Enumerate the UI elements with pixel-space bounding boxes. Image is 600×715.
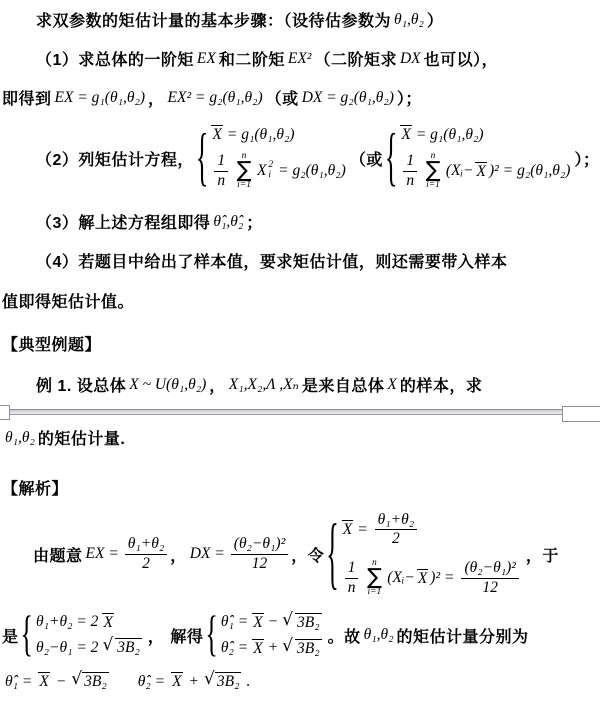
xbar-overline: X bbox=[252, 639, 263, 657]
supsub-2-i: 2i bbox=[266, 161, 275, 181]
example-label: 例 1. 设总体 bbox=[36, 373, 126, 396]
page-break-right-handle bbox=[562, 406, 600, 422]
page-break-left-handle bbox=[0, 405, 10, 420]
equation-central-moment: 1 n n ∑ i=1 (Xᵢ− X )² = g₂(θ₁,θ₂) bbox=[398, 152, 572, 191]
numerator: (θ₂−θ₁)² bbox=[461, 559, 518, 579]
analysis2-comma: ， bbox=[148, 624, 165, 647]
step2-label: （2）列矩估计方程， bbox=[36, 147, 194, 170]
analysis-line-1: 由题意 EX = θ₁+θ₂ 2 ， DX = (θ₂−θ₁)² 12 ，令 {… bbox=[33, 506, 559, 602]
denominator: 2 bbox=[139, 555, 153, 574]
denominator: n bbox=[214, 172, 228, 191]
denominator: 2 bbox=[389, 530, 403, 549]
math-theta-hats: θ̂₁,θ̂₂ bbox=[213, 213, 243, 231]
fraction-1-over-n: 1 n bbox=[212, 152, 230, 190]
radical-icon: √ bbox=[102, 637, 113, 654]
math-EX: EX bbox=[197, 50, 216, 68]
fraction-variance: (θ₂−θ₁)² 12 bbox=[231, 535, 288, 573]
page-break-line[interactable] bbox=[0, 409, 600, 415]
analysis-lead: 由题意 bbox=[33, 543, 83, 566]
math-sample-list: X₁,X₂,Λ ,Xₙ bbox=[229, 375, 299, 394]
eq-g1: = g₁(θ₁,θ₂) bbox=[227, 126, 295, 144]
summation: n ∑ i=1 bbox=[235, 152, 253, 191]
theta1-hat-lhs: θ̂₁ = bbox=[221, 613, 248, 631]
steps-title-line: 求双参数的矩估计量的基本步骤：（设待估参数为 θ₁,θ₂ ） bbox=[36, 8, 443, 31]
step-3-line: （3）解上述方程组即得 θ̂₁,θ̂₂ ； bbox=[36, 210, 263, 233]
radicand: 3B₂ bbox=[295, 613, 322, 632]
step-2-line: （2）列矩估计方程， { X = g₁(θ₁,θ₂) 1 n n ∑ i=1 bbox=[36, 114, 599, 202]
step3-end: ； bbox=[246, 210, 263, 233]
open-paren-Xi-minus: (Xᵢ− bbox=[446, 162, 474, 180]
step-1-continuation-line: 即得到 EX = g₁(θ₁,θ₂) ， EX² = g₂(θ₁,θ₂) （或 … bbox=[2, 86, 422, 109]
left-brace: { bbox=[385, 126, 397, 191]
heading-text: 【解析】 bbox=[2, 476, 68, 499]
denominator: 12 bbox=[249, 555, 271, 574]
step2-close: ）； bbox=[574, 147, 599, 170]
radicand: 3B₂ bbox=[115, 638, 142, 657]
final-result-line: θ̂₁ = X − √ 3B₂ θ̂₂ = X + √ 3B₂ . bbox=[2, 672, 253, 691]
xbar-overline: X bbox=[400, 125, 411, 143]
step1-text-b: 和二阶矩 bbox=[219, 47, 285, 70]
eq-g2: = g₂(θ₁,θ₂) bbox=[503, 162, 571, 180]
fraction-variance: (θ₂−θ₁)² 12 bbox=[459, 559, 520, 597]
analysis2-end: 。故 bbox=[328, 624, 361, 647]
theta2-hat-lhs: θ̂₂ = bbox=[138, 673, 165, 691]
document-page: 求双参数的矩估计量的基本步骤：（设待估参数为 θ₁,θ₂ ） （1）求总体的一阶… bbox=[0, 0, 600, 715]
equation-theta-diff: θ₂−θ₁ = 2 √ 3B₂ bbox=[34, 638, 146, 657]
step1b-or-paren: （或 bbox=[266, 86, 299, 109]
numerator: 1 bbox=[403, 152, 417, 172]
sum-lower-limit: i=1 bbox=[237, 181, 251, 191]
steps-title-close: ） bbox=[427, 8, 444, 31]
left-brace: { bbox=[21, 610, 33, 659]
equation-xbar-mean: X = θ₁+θ₂ 2 bbox=[340, 511, 422, 549]
xbar-overline: X bbox=[211, 125, 222, 143]
math-DX-eq: DX = bbox=[190, 545, 225, 563]
radical-icon: √ bbox=[71, 671, 82, 688]
example-text-c: 的样本，求 bbox=[400, 373, 483, 396]
step1b-close: ）； bbox=[397, 86, 422, 109]
fraction-mean: θ₁+θ₂ 2 bbox=[125, 535, 167, 573]
fraction-mean: θ₁+θ₂ 2 bbox=[373, 511, 419, 549]
step1b-text-a: 即得到 bbox=[2, 86, 52, 109]
radicand: 3B₂ bbox=[82, 672, 109, 691]
math-theta-params: θ₁,θ₂ bbox=[5, 429, 35, 447]
left-brace: { bbox=[205, 610, 217, 659]
open-paren-Xi-minus: (Xᵢ− bbox=[387, 569, 415, 587]
close-paren-squared: )² bbox=[489, 162, 499, 180]
math-theta-params: θ₁,θ₂ bbox=[364, 626, 394, 644]
radical-3B2: √ 3B₂ bbox=[102, 638, 143, 657]
equation-theta2-hat: θ̂₂ = X + √ 3B₂ bbox=[219, 639, 326, 658]
equation-xbar-g1: X = g₁(θ₁,θ₂) bbox=[209, 125, 296, 143]
minus-sign: − bbox=[268, 613, 278, 631]
step3-text: （3）解上述方程组即得 bbox=[36, 210, 210, 233]
radicand: 3B₂ bbox=[295, 639, 322, 658]
xbar-overline: X bbox=[171, 672, 182, 690]
summation: n ∑ i=1 bbox=[424, 152, 442, 191]
equation-xbar-g1: X = g₁(θ₁,θ₂) bbox=[398, 125, 485, 143]
step-4-line: （4）若题目中给出了样本值，要求矩估计值，则还需要带入样本 bbox=[36, 249, 507, 272]
analysis2-tail: 的矩估计量分别为 bbox=[397, 624, 529, 647]
analysis-line-2: 是 { θ₁+θ₂ = 2 X θ₂−θ₁ = 2 √ 3B₂ ， 解得 bbox=[2, 604, 529, 666]
radical-icon: √ bbox=[204, 671, 215, 688]
moment-equation-system-raw: { X = g₁(θ₁,θ₂) 1 n n ∑ i=1 X bbox=[196, 125, 348, 190]
analysis-line1-end: ，于 bbox=[526, 543, 559, 566]
numerator: 1 bbox=[345, 559, 359, 579]
system-theta-sums: { θ₁+θ₂ = 2 X θ₂−θ₁ = 2 √ 3B₂ bbox=[21, 613, 146, 657]
steps-title-text: 求双参数的矩估计量的基本步骤：（设待估参数为 bbox=[36, 8, 391, 31]
math-EX2-eq-g2: EX² = g₂(θ₁,θ₂) bbox=[168, 89, 263, 107]
math-DX-eq-g2: DX = g₂(θ₁,θ₂) bbox=[302, 89, 394, 107]
xbar-overline: X bbox=[102, 613, 113, 631]
var-X: X bbox=[387, 376, 396, 394]
radical-3B2: √ 3B₂ bbox=[282, 639, 323, 658]
plus-sign: + bbox=[268, 639, 278, 657]
heading-text: 【典型例题】 bbox=[2, 332, 101, 355]
typical-example-heading: 【典型例题】 bbox=[2, 332, 101, 355]
step1-text-d: 也可以）， bbox=[424, 47, 499, 70]
theta-diff-lhs: θ₂−θ₁ = 2 bbox=[36, 639, 98, 657]
left-brace: { bbox=[326, 514, 338, 595]
math-DX: DX bbox=[400, 50, 421, 68]
numerator: (θ₂−θ₁)² bbox=[231, 535, 288, 555]
sub-i: i bbox=[268, 171, 271, 181]
example-1-line: 例 1. 设总体 X ~ U(θ₁,θ₂) ， X₁,X₂,Λ ,Xₙ 是来自总… bbox=[36, 373, 482, 396]
fraction-1-over-n: 1 n bbox=[401, 152, 419, 190]
math-X-uniform: X ~ U(θ₁,θ₂) bbox=[129, 376, 206, 394]
equation-sample-variance: 1 n n ∑ i=1 (Xᵢ− X )² = (θ₂−θ₁)² 12 bbox=[340, 559, 524, 598]
radical-3B2: √ 3B₂ bbox=[282, 613, 323, 632]
sum-lower-limit: i=1 bbox=[367, 588, 381, 598]
radical-icon: √ bbox=[282, 612, 293, 629]
example-text-b: 是来自总体 bbox=[302, 373, 385, 396]
analysis2-solve-label: 解得 bbox=[170, 624, 203, 647]
plus-sign: + bbox=[189, 673, 199, 691]
summation: n ∑ i=1 bbox=[365, 559, 383, 598]
radicand: 3B₂ bbox=[215, 672, 242, 691]
radical-3B2: √ 3B₂ bbox=[204, 672, 241, 691]
step-1-line: （1）求总体的一阶矩 EX 和二阶矩 EX² （二阶矩求 DX 也可以）， bbox=[36, 47, 498, 70]
xbar-overline: X bbox=[252, 613, 263, 631]
denominator: n bbox=[403, 172, 417, 191]
moment-equation-system-central: { X = g₁(θ₁,θ₂) 1 n n ∑ i=1 (Xᵢ− bbox=[385, 125, 573, 190]
step4b-text: 值即得矩估计值。 bbox=[2, 289, 134, 312]
sigma-icon: ∑ bbox=[237, 161, 252, 181]
radical-icon: √ bbox=[282, 638, 293, 655]
example-comma: ， bbox=[209, 373, 226, 396]
xbar-overline: X bbox=[475, 162, 486, 180]
example-continuation-line: θ₁,θ₂ 的矩估计量. bbox=[2, 426, 125, 449]
equation-theta-sum: θ₁+θ₂ = 2 X bbox=[34, 613, 116, 631]
step2-or-paren: （或 bbox=[350, 147, 383, 170]
step1-text-a: （1）求总体的一阶矩 bbox=[36, 47, 194, 70]
math-EX-eq-g1: EX = g₁(θ₁,θ₂) bbox=[55, 89, 146, 107]
analysis-heading: 【解析】 bbox=[2, 476, 68, 499]
math-EX2: EX² bbox=[288, 50, 312, 68]
numerator: θ₁+θ₂ bbox=[375, 511, 417, 531]
title-theta-params: θ₁,θ₂ bbox=[394, 11, 424, 29]
continuation-text: 的矩估计量. bbox=[38, 426, 125, 449]
close-paren-squared-equals: )² = bbox=[430, 569, 454, 587]
step4-text: （4）若题目中给出了样本值，要求矩估计值，则还需要带入样本 bbox=[36, 249, 507, 272]
sigma-icon: ∑ bbox=[426, 161, 441, 181]
math-EX-eq: EX = bbox=[86, 545, 119, 563]
numerator: θ₁+θ₂ bbox=[125, 535, 167, 555]
xbar-overline: X bbox=[342, 520, 353, 538]
analysis-comma-let: ，令 bbox=[291, 543, 324, 566]
system-theta-hats: { θ̂₁ = X − √ 3B₂ θ̂₂ = X + √ bbox=[205, 613, 325, 658]
denominator: 12 bbox=[479, 579, 501, 598]
analysis2-lead: 是 bbox=[2, 624, 19, 647]
theta1-hat-lhs: θ̂₁ = bbox=[5, 673, 32, 691]
var-X: X bbox=[257, 162, 266, 180]
theta2-hat-lhs: θ̂₂ = bbox=[221, 639, 248, 657]
minus-sign: − bbox=[56, 673, 66, 691]
xbar-overline: X bbox=[417, 569, 428, 587]
equation-theta1-hat: θ̂₁ = X − √ 3B₂ bbox=[219, 613, 326, 632]
step-4-continuation-line: 值即得矩估计值。 bbox=[2, 289, 134, 312]
analysis-comma-1: ， bbox=[170, 543, 187, 566]
step1b-comma: ， bbox=[148, 86, 165, 109]
theta-sum-lhs: θ₁+θ₂ = 2 bbox=[36, 613, 98, 631]
sigma-icon: ∑ bbox=[367, 568, 382, 588]
step1-text-c: （二阶矩求 bbox=[314, 47, 397, 70]
equation-second-moment: 1 n n ∑ i=1 X 2i = g₂(θ₁,θ₂) bbox=[209, 152, 347, 191]
radical-3B2: √ 3B₂ bbox=[71, 672, 108, 691]
xbar-overline: X bbox=[38, 672, 49, 690]
left-brace: { bbox=[196, 126, 208, 191]
sum-lower-limit: i=1 bbox=[426, 181, 440, 191]
numerator: 1 bbox=[214, 152, 228, 172]
page-break-divider[interactable] bbox=[0, 404, 600, 426]
period: . bbox=[246, 673, 250, 691]
fraction-1-over-n: 1 n bbox=[343, 559, 361, 597]
eq-g2: = g₂(θ₁,θ₂) bbox=[278, 162, 346, 180]
denominator: n bbox=[345, 579, 359, 598]
eq-g1: = g₁(θ₁,θ₂) bbox=[416, 126, 484, 144]
analysis-equation-system: { X = θ₁+θ₂ 2 1 n n bbox=[326, 511, 524, 598]
equals-sign: = bbox=[357, 521, 367, 539]
